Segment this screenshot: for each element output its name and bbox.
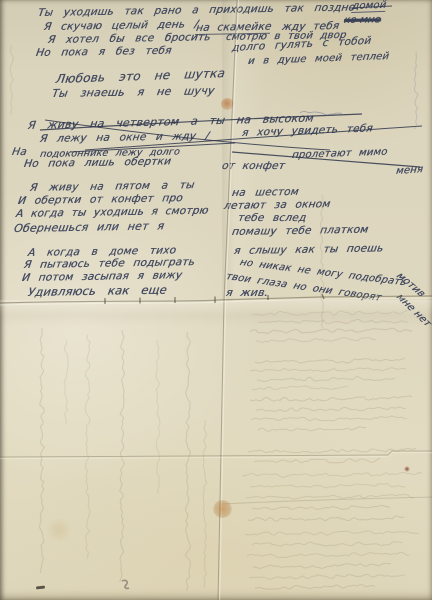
red-speck bbox=[404, 466, 410, 472]
horizontal-fold-shading bbox=[0, 300, 432, 326]
manuscript-photo: Ты уходишь так рано а приходишь так позд… bbox=[0, 0, 432, 600]
vertical-fold-shading bbox=[222, 0, 266, 300]
brown-stain-bottom bbox=[213, 500, 232, 518]
rust-stain-top bbox=[221, 98, 234, 110]
faint-blotch bbox=[44, 518, 74, 542]
